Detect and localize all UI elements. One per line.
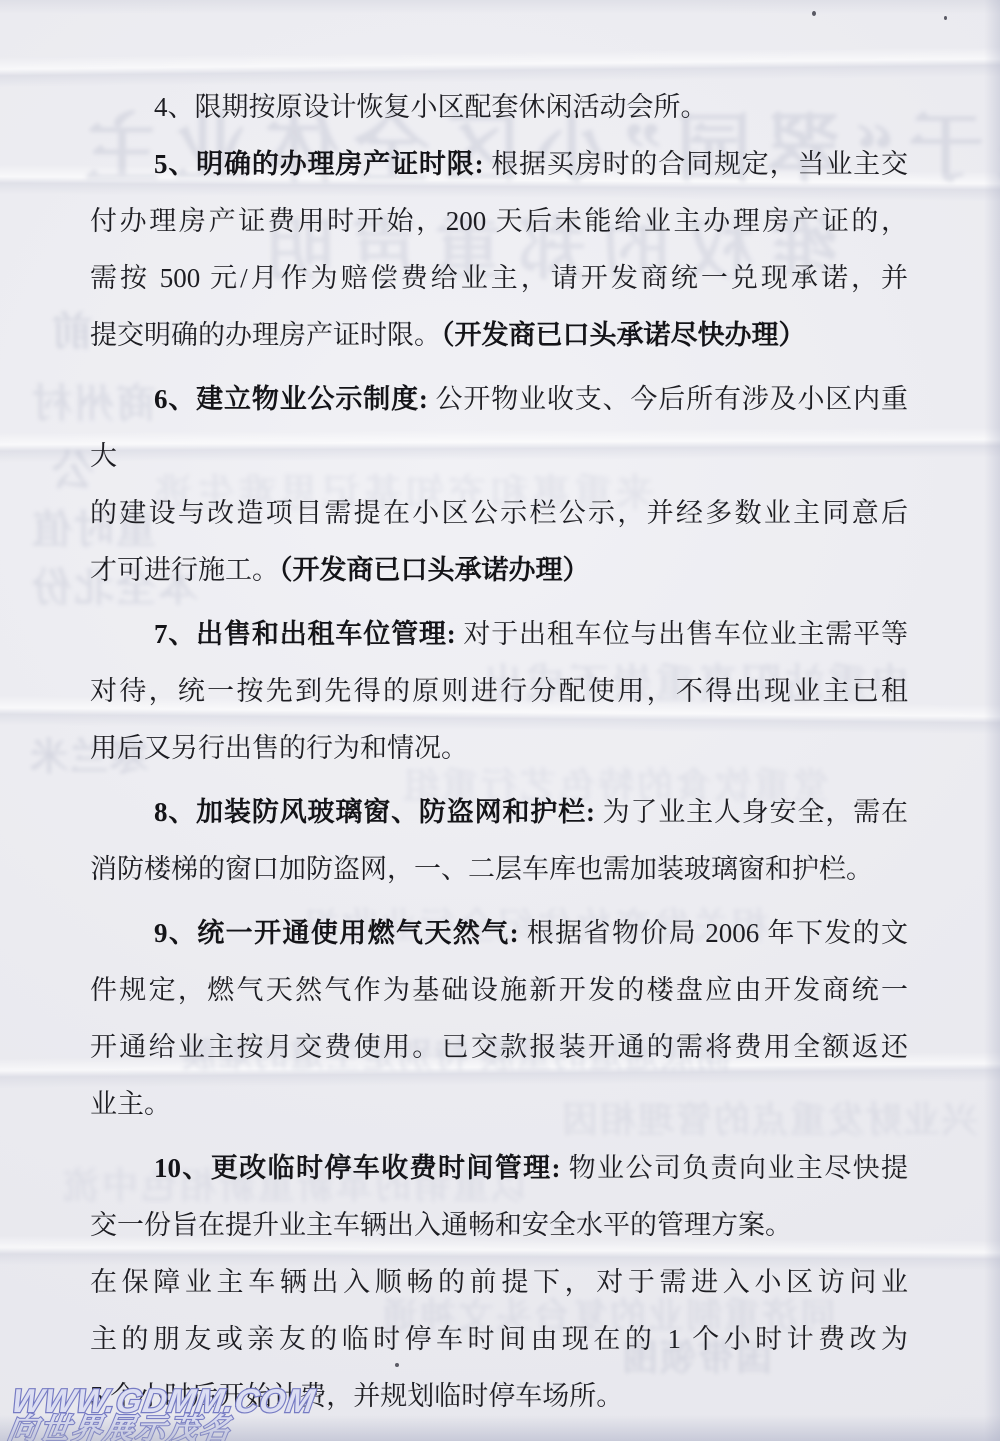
text-segment: 物业公司负责向业主尽快提	[561, 1153, 908, 1183]
paragraph: 8、加装防风玻璃窗、防盗网和护栏: 为了业主人身安全，需在消防楼梯的窗口加防盗网…	[90, 784, 908, 898]
text-segment: 付办理房产证费用时开始，200 天后未能给业主办理房产证的，	[90, 206, 908, 236]
text-line: 的建设与改造项目需提在小区公示栏公示，并经多数业主同意后	[90, 485, 908, 542]
text-segment: 件规定，燃气天然气作为基础设施新开发的楼盘应由开发商统一	[90, 975, 908, 1005]
text-segment: 主的朋友或亲友的临时停车时间由现在的 1 个小时计费改为	[90, 1324, 908, 1354]
text-segment: 为了业主人身安全，需在	[595, 797, 908, 827]
document-text: 4、限期按原设计恢复小区配套休闲活动会所。5、明确的办理房产证时限: 根据买房时…	[90, 79, 908, 1425]
text-segment: 的建设与改造项目需提在小区公示栏公示，并经多数业主同意后	[90, 498, 908, 528]
scan-speck	[812, 11, 816, 16]
text-segment: 8、加装防风玻璃窗、防盗网和护栏:	[154, 797, 595, 827]
text-segment: 才可进行施工。	[90, 555, 279, 585]
paragraph: 5、明确的办理房产证时限: 根据买房时的合同规定，当业主交付办理房产证费用时开始…	[90, 136, 908, 364]
text-line: 5、明确的办理房产证时限: 根据买房时的合同规定，当业主交	[90, 136, 908, 193]
watermark: WWW.GDMM.COM 向世界展示茂名	[5, 1384, 317, 1441]
text-line: 交一份旨在提升业主车辆出入通畅和安全水平的管理方案。	[90, 1197, 908, 1254]
text-segment: 4、限期按原设计恢复小区配套休闲活动会所。	[154, 92, 708, 122]
text-segment: 7、出售和出租车位管理:	[154, 619, 456, 649]
text-line: 6、建立物业公示制度: 公开物业收支、今后所有涉及小区内重大	[90, 371, 908, 485]
paragraph: 6、建立物业公示制度: 公开物业收支、今后所有涉及小区内重大的建设与改造项目需提…	[90, 371, 908, 599]
text-line: 业主。	[90, 1076, 908, 1133]
text-segment: 5、明确的办理房产证时限:	[154, 149, 484, 179]
text-segment: 业主。	[90, 1089, 171, 1119]
paper-edge-shading	[984, 0, 1000, 1441]
text-line: 用后又另行出售的行为和情况。	[90, 720, 908, 777]
text-segment: 消防楼梯的窗口加防盗网，一、二层车库也需加装玻璃窗和护栏。	[90, 854, 873, 884]
paragraph: 7、出售和出租车位管理: 对于出租车位与出售车位业主需平等对待，统一按先到先得的…	[90, 606, 908, 777]
text-line: 10、更改临时停车收费时间管理: 物业公司负责向业主尽快提	[90, 1140, 908, 1197]
text-line: 付办理房产证费用时开始，200 天后未能给业主办理房产证的，	[90, 193, 908, 250]
text-segment: 开通给业主按月交费使用。已交款报装开通的需将费用全额返还	[90, 1032, 908, 1062]
paragraph: 4、限期按原设计恢复小区配套休闲活动会所。	[90, 79, 908, 136]
text-line: 在保障业主车辆出入顺畅的前提下，对于需进入小区访问业	[90, 1254, 908, 1311]
text-line: 才可进行施工。（开发商已口头承诺办理）	[90, 542, 908, 599]
text-segment: 9、统一开通使用燃气天然气:	[154, 918, 519, 948]
text-segment: （开发商已口头承诺办理）	[279, 555, 590, 585]
text-segment: 在保障业主车辆出入顺畅的前提下，对于需进入小区访问业	[90, 1267, 908, 1297]
scanned-page: 关于“翠园”小区全体业主维权的郑重声明前商州村公重时值本全北份寒兰米来重惠和充知…	[0, 0, 1000, 1441]
text-line: 件规定，燃气天然气作为基础设施新开发的楼盘应由开发商统一	[90, 962, 908, 1019]
text-line: 提交明确的办理房产证时限。（开发商已口头承诺尽快办理）	[90, 307, 908, 364]
text-segment: 需按 500 元/月作为赔偿费给业主，请开发商统一兑现承诺，并	[90, 263, 908, 293]
text-segment: （开发商已口头承诺尽快办理）	[441, 320, 806, 350]
text-line: 主的朋友或亲友的临时停车时间由现在的 1 个小时计费改为	[90, 1311, 908, 1368]
paper-edge-shading	[0, 0, 1000, 14]
text-line: 消防楼梯的窗口加防盗网，一、二层车库也需加装玻璃窗和护栏。	[90, 841, 908, 898]
bleed-through-text: 公	[52, 438, 94, 498]
text-segment: 用后又另行出售的行为和情况。	[90, 733, 468, 763]
text-segment: 对于出租车位与出售车位业主需平等	[456, 619, 908, 649]
text-line: 9、统一开通使用燃气天然气: 根据省物价局 2006 年下发的文	[90, 905, 908, 962]
text-segment: 对待，统一按先到先得的原则进行分配使用，不得出现业主已租	[90, 676, 908, 706]
text-line: 8、加装防风玻璃窗、防盗网和护栏: 为了业主人身安全，需在	[90, 784, 908, 841]
text-line: 7、出售和出租车位管理: 对于出租车位与出售车位业主需平等	[90, 606, 908, 663]
text-segment: 10、更改临时停车收费时间管理:	[154, 1153, 561, 1183]
text-line: 开通给业主按月交费使用。已交款报装开通的需将费用全额返还	[90, 1019, 908, 1076]
scan-speck	[944, 16, 947, 20]
text-segment: 提交明确的办理房产证时限。	[90, 320, 441, 350]
text-segment: 根据省物价局 2006 年下发的文	[519, 918, 908, 948]
text-line: 对待，统一按先到先得的原则进行分配使用，不得出现业主已租	[90, 663, 908, 720]
text-segment: 根据买房时的合同规定，当业主交	[484, 149, 908, 179]
text-line: 4、限期按原设计恢复小区配套休闲活动会所。	[90, 79, 908, 136]
text-line: 需按 500 元/月作为赔偿费给业主，请开发商统一兑现承诺，并	[90, 250, 908, 307]
text-segment: 交一份旨在提升业主车辆出入通畅和安全水平的管理方案。	[90, 1210, 792, 1240]
text-segment: 6、建立物业公示制度:	[154, 384, 428, 414]
bleed-through-text: 前	[52, 300, 92, 357]
scan-speck	[395, 1363, 399, 1367]
paragraph: 9、统一开通使用燃气天然气: 根据省物价局 2006 年下发的文件规定，燃气天然…	[90, 905, 908, 1133]
